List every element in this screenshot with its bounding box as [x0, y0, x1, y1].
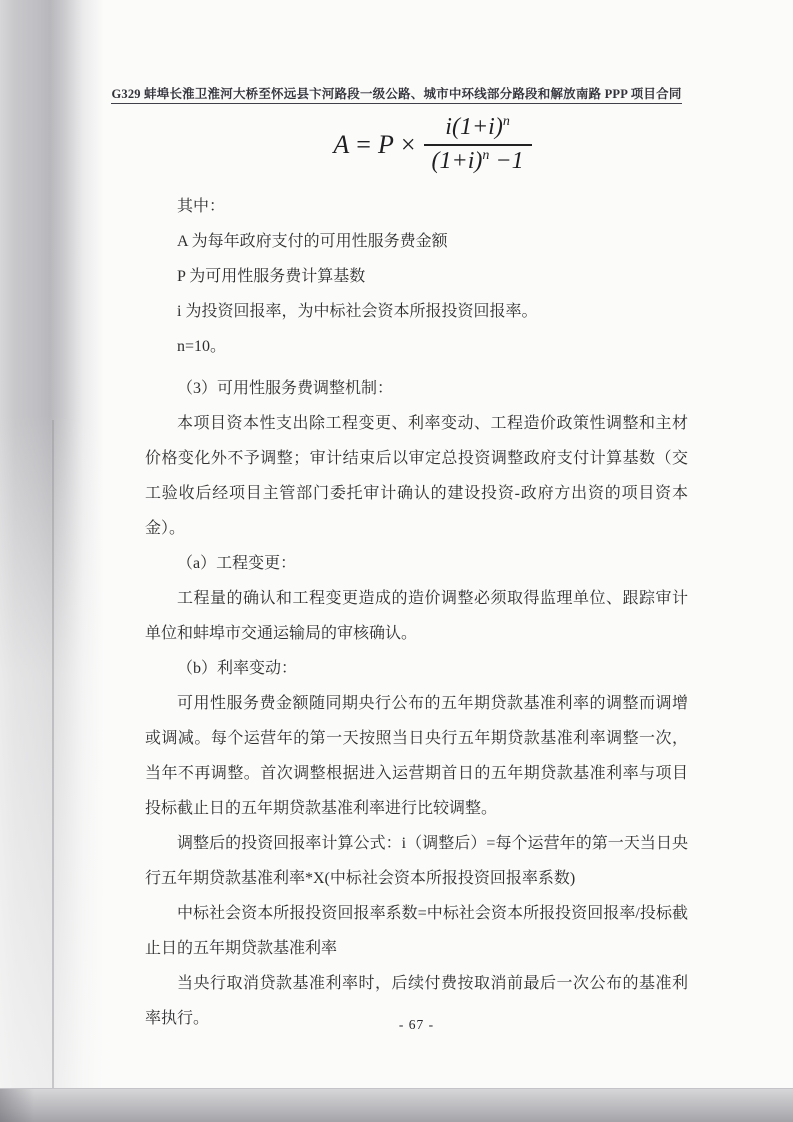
page-crease-line	[52, 420, 54, 1090]
document-header-text: G329 蚌埠长淮卫淮河大桥至怀远县卞河路段一级公路、城市中环线部分路段和解放南…	[111, 87, 681, 104]
paragraph-def-p: P 为可用性服务费计算基数	[145, 259, 688, 294]
paragraph-item-b-title: （b）利率变动：	[145, 651, 688, 686]
formula-var-p: P	[378, 130, 394, 160]
scan-bottom-left-corner	[0, 1089, 34, 1122]
paragraph-item-a-body: 工程量的确认和工程变更造成的造价调整必须取得监理单位、跟踪审计单位和蚌埠市交通运…	[145, 581, 688, 651]
document-header: G329 蚌埠长淮卫淮河大桥至怀远县卞河路段一级公路、城市中环线部分路段和解放南…	[0, 84, 793, 102]
formula-denominator: (1+i)n −1	[424, 144, 532, 176]
paragraph-item-b-body: 可用性服务费金额随同期央行公布的五年期贷款基准利率的调整而调增或调减。每个运营年…	[145, 686, 688, 826]
denominator-base: (1+i)	[432, 148, 483, 174]
formula-lhs: A = P ×	[333, 130, 415, 160]
paragraph-section-3-title: （3）可用性服务费调整机制：	[145, 371, 688, 406]
formula-numerator: i(1+i)n	[437, 114, 518, 144]
paragraph-item-a-title: （a）工程变更：	[145, 546, 688, 581]
formula-equals: =	[356, 130, 371, 160]
numerator-base: i(1+i)	[445, 114, 503, 140]
formula-times: ×	[401, 130, 416, 160]
paragraph-def-i: i 为投资回报率，为中标社会资本所报投资回报率。	[145, 294, 688, 329]
paragraph-rate-coefficient: 中标社会资本所报投资回报率系数=中标社会资本所报投资回报率/投标截止日的五年期贷…	[145, 896, 688, 966]
formula-var-a: A	[333, 130, 349, 160]
contract-body-text: 其中： A 为每年政府支付的可用性服务费金额 P 为可用性服务费计算基数 i 为…	[145, 189, 688, 1036]
scanned-contract-page: G329 蚌埠长淮卫淮河大桥至怀远县卞河路段一级公路、城市中环线部分路段和解放南…	[0, 0, 793, 1122]
scan-bottom-edge-shadow	[0, 1088, 793, 1122]
paragraph-def-a: A 为每年政府支付的可用性服务费金额	[145, 224, 688, 259]
formula-fraction: i(1+i)n (1+i)n −1	[424, 114, 532, 175]
paragraph-def-n: n=10。	[145, 329, 688, 364]
paragraph-adjusted-rate-formula: 调整后的投资回报率计算公式：i（调整后）=每个运营年的第一天当日央行五年期贷款基…	[145, 826, 688, 896]
page-number: - 67 -	[145, 1017, 688, 1033]
paragraph-adjust-scope: 本项目资本性支出除工程变更、利率变动、工程造价政策性调整和主材价格变化外不予调整…	[145, 406, 688, 546]
denominator-tail: −1	[489, 148, 523, 174]
paragraph-qizhong: 其中：	[145, 189, 688, 224]
annuity-formula: A = P × i(1+i)n (1+i)n −1	[161, 114, 704, 175]
numerator-exponent: n	[503, 114, 510, 129]
